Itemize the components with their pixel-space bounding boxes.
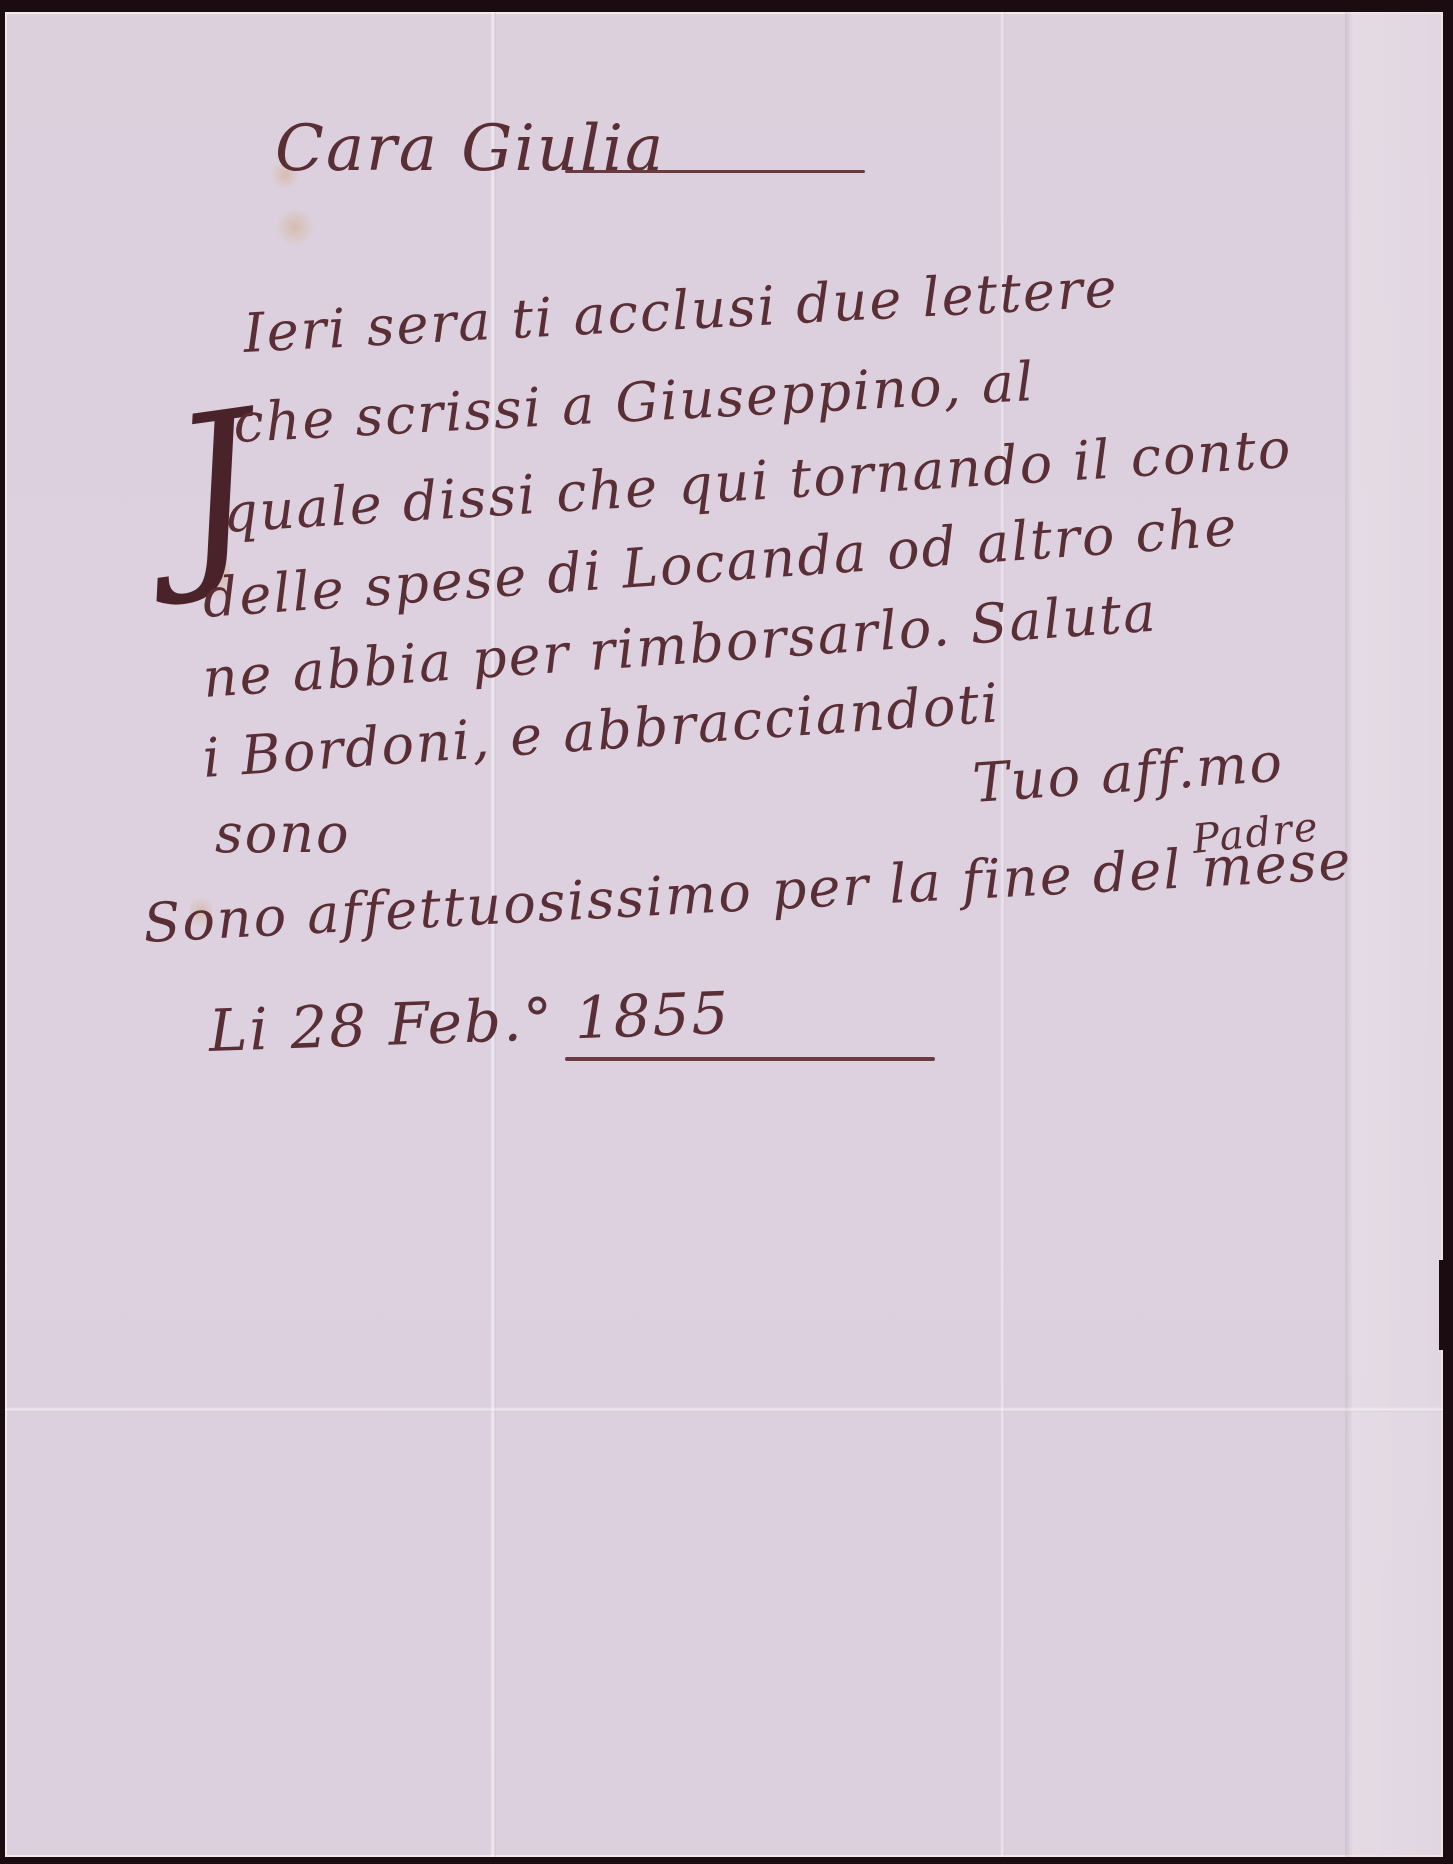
salutation: Cara Giulia <box>275 112 665 186</box>
salutation-flourish <box>565 170 865 173</box>
horizontal-fold <box>5 1407 1443 1412</box>
dark-edge-strip <box>1439 1260 1453 1350</box>
closing: Tuo aff.mo <box>971 730 1286 815</box>
letter-date: Li 28 Feb.° 1855 <box>208 979 732 1065</box>
body-line: sono <box>215 802 351 865</box>
vertical-fold-right <box>1345 12 1443 1857</box>
letter-paper: Cara Giulia J Ieri sera ti acclusi due l… <box>5 12 1443 1857</box>
body-line: Ieri sera ti acclusi due lettere <box>242 256 1120 365</box>
date-flourish <box>565 1057 935 1061</box>
stain <box>275 207 315 247</box>
